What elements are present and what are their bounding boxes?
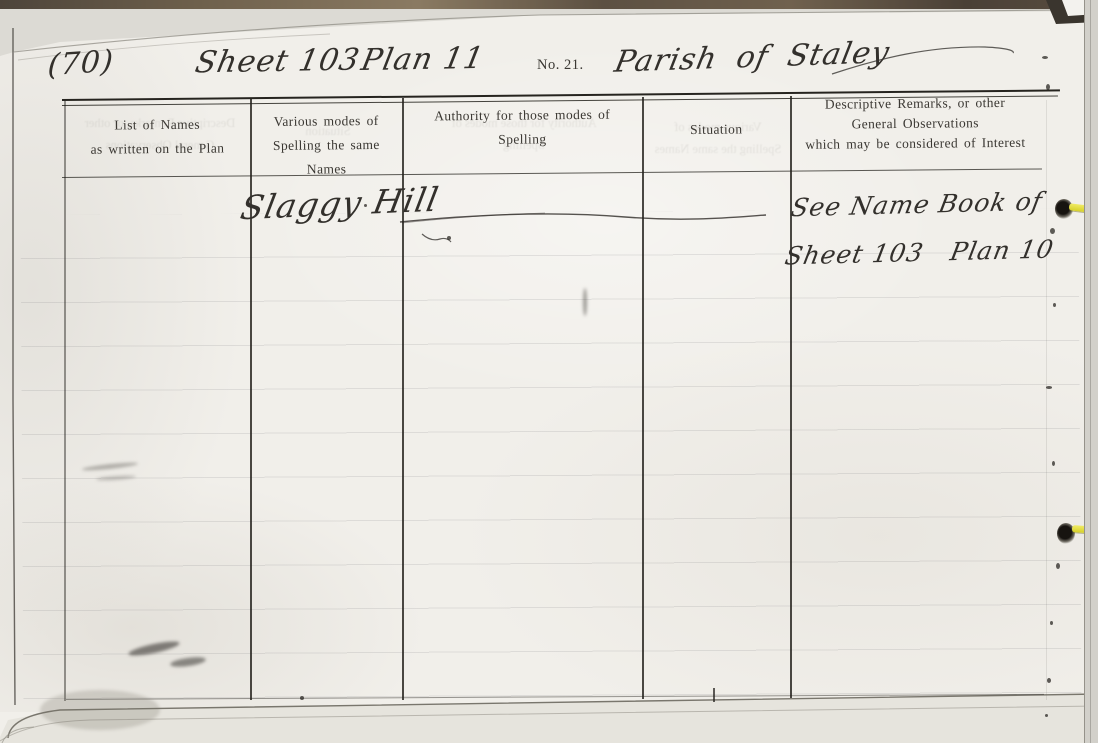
column-divider-3 (642, 97, 644, 699)
header-line: Spelling the same Names (250, 133, 402, 182)
ink-speck (364, 204, 367, 207)
column-header-authority: Authority for those modes of Spelling (402, 102, 642, 152)
scanned-name-book-page: Descriptive Remarks, or otherGeneral Obs… (0, 0, 1098, 743)
header-line: Various modes of (250, 109, 402, 134)
ink-transfer-mark (583, 288, 587, 316)
header-line: which may be considered of Interest (790, 133, 1040, 155)
column-header-situation: Situation (642, 117, 790, 142)
ink-speck (1046, 386, 1052, 389)
corner-shadow-smudge (40, 690, 160, 730)
ink-speck (1042, 56, 1048, 59)
ink-speck (1046, 84, 1050, 90)
ink-speck (1056, 563, 1060, 569)
left-page-edge-line (13, 28, 15, 705)
faint-right-border (1046, 100, 1047, 700)
ink-speck (1050, 228, 1055, 234)
header-line: List of Names (64, 112, 250, 138)
column-header-remarks: Descriptive Remarks, or other General Ob… (790, 93, 1041, 155)
column-divider-4 (790, 96, 792, 698)
header-line: Spelling (402, 126, 642, 152)
header-line: Descriptive Remarks, or other (790, 93, 1040, 115)
header-line: Situation (642, 117, 790, 142)
ink-speck (447, 236, 451, 240)
table-left-border (64, 101, 66, 701)
faint-row-lines (21, 209, 1082, 707)
ink-speck (300, 696, 304, 700)
sheet-heading-handwritten: Sheet 103 (192, 43, 363, 81)
ink-speck (1052, 461, 1055, 466)
header-line: Authority for those modes of (402, 102, 642, 128)
column-header-spellings: Various modes of Spelling the same Names (250, 109, 403, 182)
plan-heading-handwritten: Plan 11 (358, 41, 487, 78)
header-line: General Observations (790, 113, 1040, 135)
page-number-handwritten: (70) (47, 44, 116, 83)
entry-number-label: No. 21. (537, 57, 584, 74)
under-page-top-edge (0, 9, 1098, 56)
right-page-stack-edge (1084, 0, 1098, 743)
ink-speck (1047, 678, 1051, 683)
ink-speck (1050, 621, 1053, 625)
header-line: as written on the Plan (64, 136, 250, 162)
ink-speck (1045, 714, 1048, 717)
column-header-names: List of Names as written on the Plan (64, 112, 250, 162)
ink-speck (1053, 303, 1056, 307)
ink-speck (713, 688, 715, 702)
